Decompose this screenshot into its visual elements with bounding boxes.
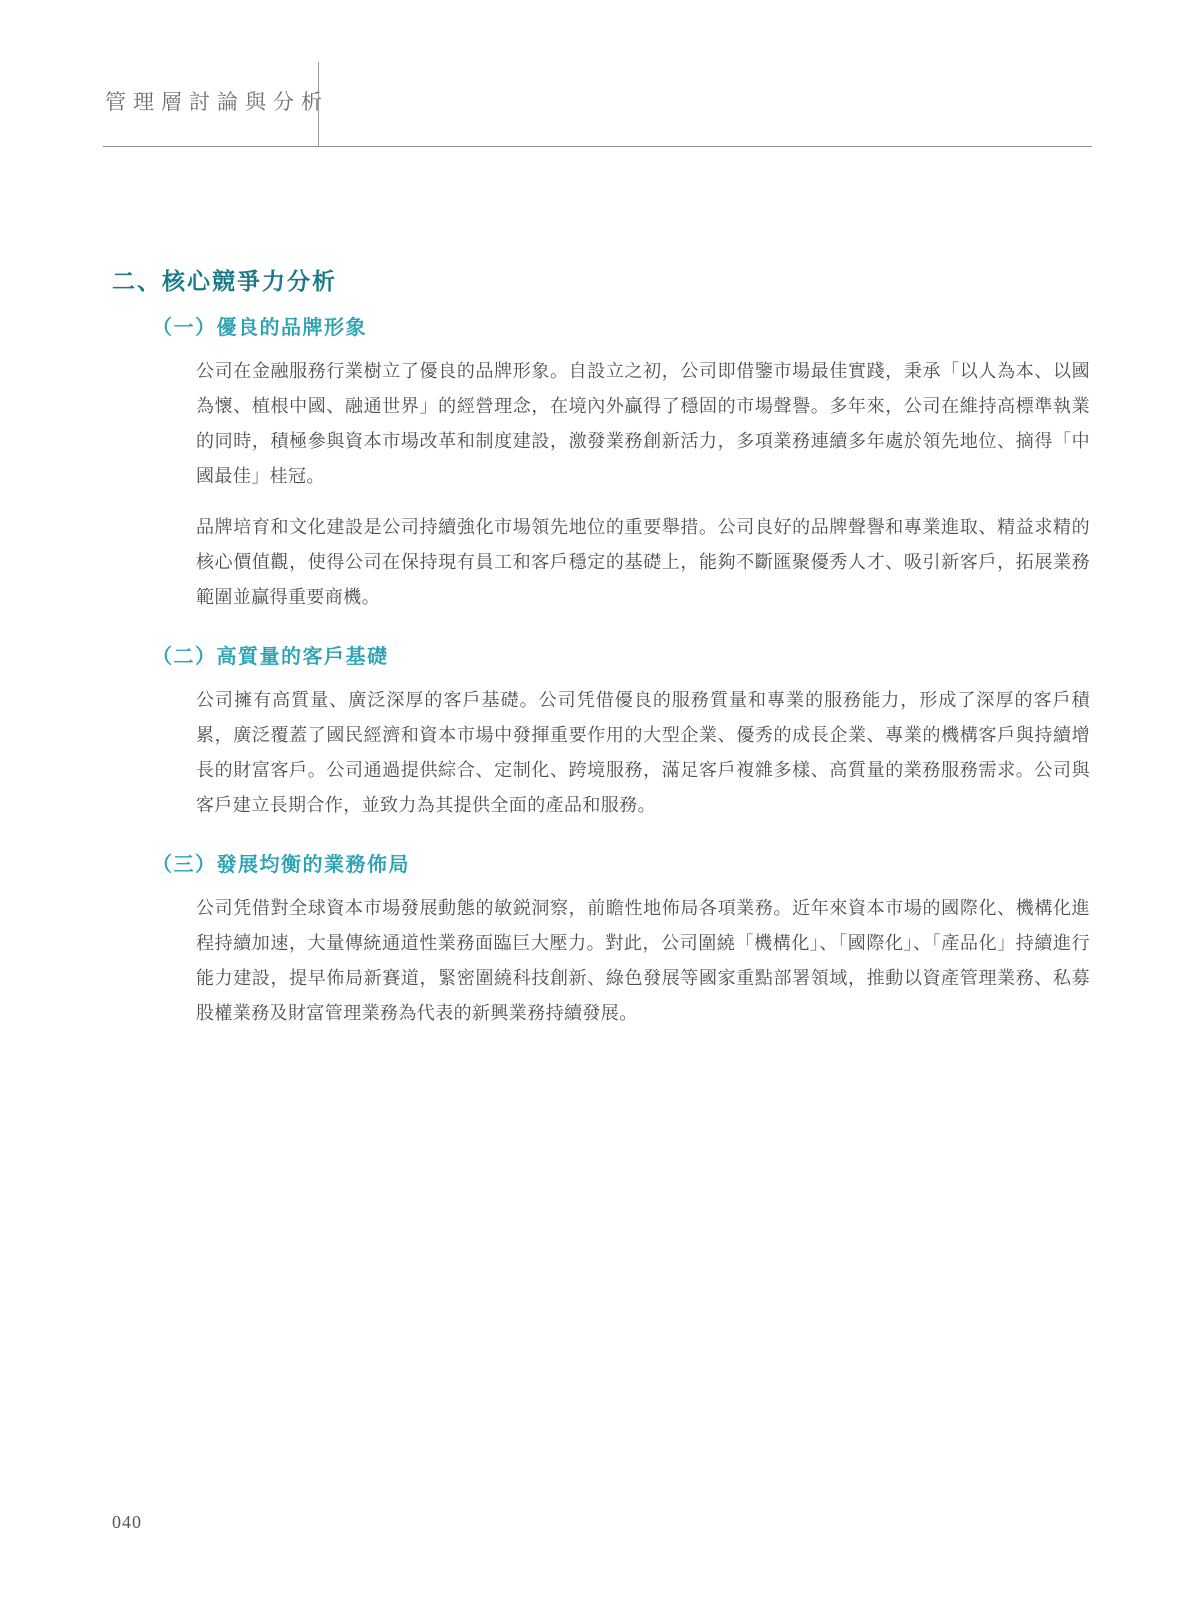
header-vertical-divider	[318, 62, 319, 146]
paragraph-business-layout: 公司凭借對全球資本市場發展動態的敏鋭洞察，前瞻性地佈局各項業務。近年來資本市場的…	[196, 891, 1090, 1031]
header-horizontal-rule	[103, 146, 1092, 147]
page-content: 二、核心競爭力分析 （一）優良的品牌形象 公司在金融服務行業樹立了優良的品牌形象…	[112, 268, 1090, 1061]
section-heading-business-layout: （三）發展均衡的業務佈局	[152, 853, 1090, 877]
page-number: 040	[112, 1512, 142, 1533]
running-header-title: 管理層討論與分析	[105, 86, 329, 116]
section-client-base: （二）高質量的客戶基礎 公司擁有高質量、廣泛深厚的客戶基礎。公司凭借優良的服務質…	[112, 645, 1090, 823]
section-heading-brand-image: （一）優良的品牌形象	[152, 316, 1090, 340]
paragraph-brand-image-1: 公司在金融服務行業樹立了優良的品牌形象。自設立之初，公司即借鑒市場最佳實踐，秉承…	[196, 354, 1090, 494]
chapter-title: 二、核心競爭力分析	[112, 268, 1090, 294]
section-brand-image: （一）優良的品牌形象 公司在金融服務行業樹立了優良的品牌形象。自設立之初，公司即…	[112, 316, 1090, 615]
section-business-layout: （三）發展均衡的業務佈局 公司凭借對全球資本市場發展動態的敏鋭洞察，前瞻性地佈局…	[112, 853, 1090, 1031]
paragraph-client-base: 公司擁有高質量、廣泛深厚的客戶基礎。公司凭借優良的服務質量和專業的服務能力，形成…	[196, 683, 1090, 823]
section-heading-client-base: （二）高質量的客戶基礎	[152, 645, 1090, 669]
paragraph-brand-image-2: 品牌培育和文化建設是公司持續強化市場領先地位的重要舉措。公司良好的品牌聲譽和專業…	[196, 510, 1090, 615]
document-page: 管理層討論與分析 二、核心競爭力分析 （一）優良的品牌形象 公司在金融服務行業樹…	[0, 0, 1190, 1615]
